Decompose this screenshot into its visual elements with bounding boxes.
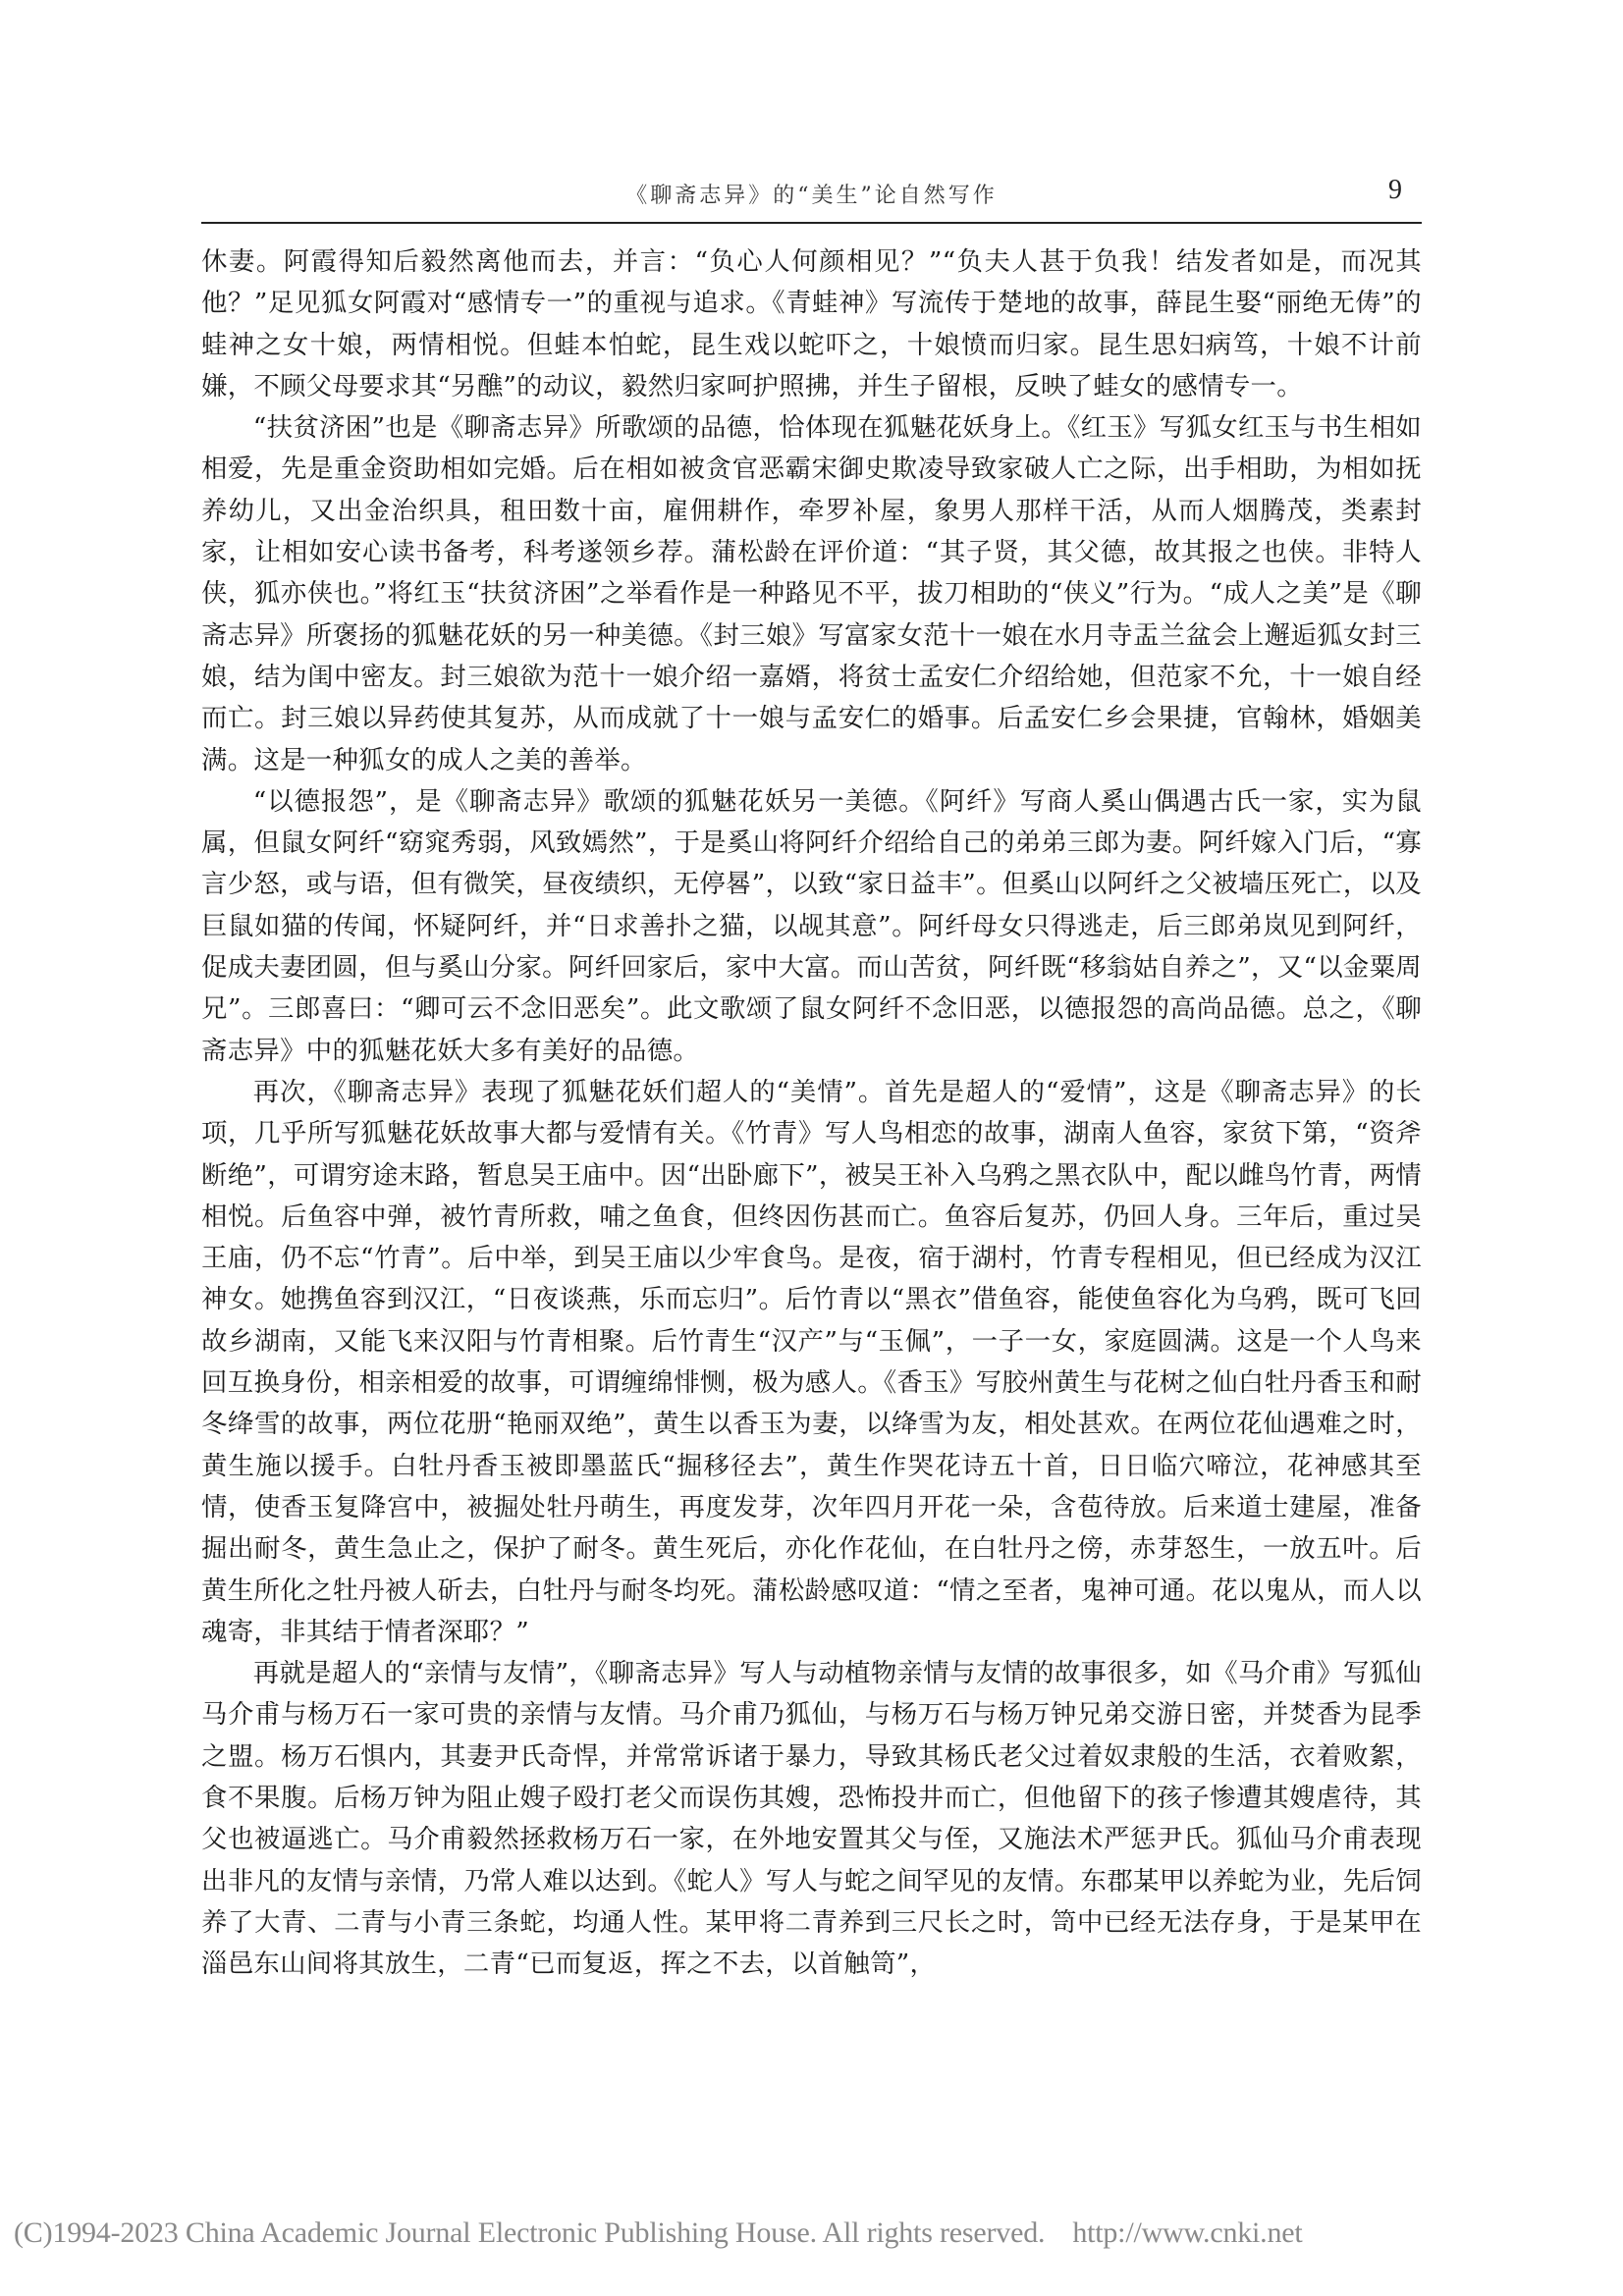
paragraph-5: 再就是超人的“亲情与友情”，《聊斋志异》写人与动植物亲情与友情的故事很多，如《马…: [201, 1653, 1422, 1985]
header-rule: [201, 222, 1422, 224]
running-title: 《聊斋志异》的“美生”论自然写作: [201, 179, 1422, 209]
paragraph-3: “以德报怨”，是《聊斋志异》歌颂的狐魅花妖另一美德。《阿纤》写商人奚山偶遇古氏一…: [201, 781, 1422, 1072]
footer-url[interactable]: http://www.cnki.net: [1072, 2216, 1302, 2249]
paragraph-2: “扶贫济困”也是《聊斋志异》所歌颂的品德，恰体现在狐魅花妖身上。《红玉》写狐女红…: [201, 407, 1422, 781]
paragraph-4: 再次，《聊斋志异》表现了狐魅花妖们超人的“美情”。首先是超人的“爱情”，这是《聊…: [201, 1072, 1422, 1653]
paragraph-1: 休妻。阿霞得知后毅然离他而去，并言：“负心人何颜相见？”“负夫人甚于负我！结发者…: [201, 241, 1422, 407]
article-body: 休妻。阿霞得知后毅然离他而去，并言：“负心人何颜相见？”“负夫人甚于负我！结发者…: [201, 241, 1422, 1985]
copyright-text: (C)1994-2023 China Academic Journal Elec…: [14, 2216, 1045, 2249]
page-header: 《聊斋志异》的“美生”论自然写作 9: [201, 175, 1422, 218]
copyright-footer: (C)1994-2023 China Academic Journal Elec…: [14, 2216, 1303, 2250]
page-number: 9: [1388, 175, 1402, 206]
